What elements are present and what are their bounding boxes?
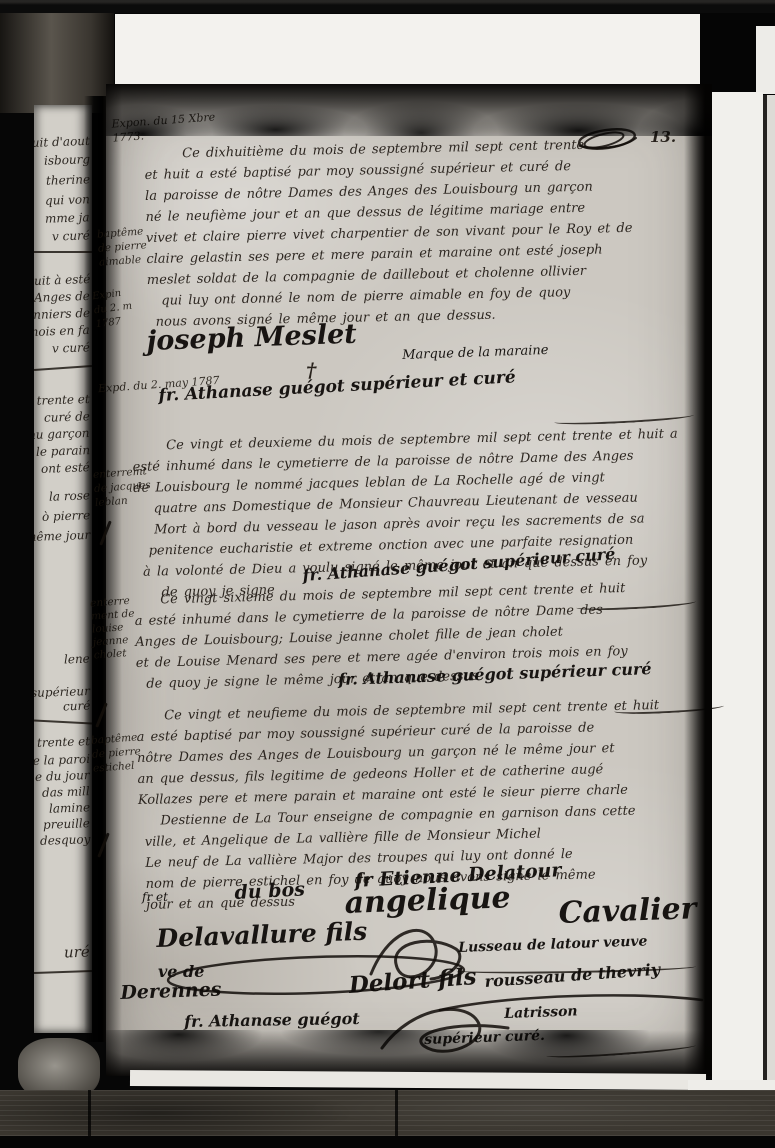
facing-fragment: e du jour xyxy=(35,768,90,784)
godmother-mark-label: Marque de la maraine xyxy=(402,343,549,363)
margin-note-bapteme: baptême de pierre aimable xyxy=(97,224,149,269)
facing-fragment: uit à esté xyxy=(34,272,90,288)
page-burn-top xyxy=(106,84,712,136)
facing-fragment: desquoy xyxy=(39,832,90,848)
facing-fragment: huit d'aout xyxy=(34,134,90,150)
signature-derennes: Derennes xyxy=(120,978,222,1004)
record-baptism-pierre-aimable: Ce dixhuitième du mois de septembre mil … xyxy=(144,134,634,333)
signature-delavallure-fils: Delavallure fils xyxy=(156,917,368,953)
page-burn-right xyxy=(684,84,712,1076)
signature-dubos: du bos xyxy=(234,878,305,904)
table-surface xyxy=(0,1090,775,1137)
facing-fragment: mois en fa xyxy=(34,323,90,339)
facing-fragment: t trente et xyxy=(34,392,90,408)
film-top-bar xyxy=(0,0,775,13)
table-seam xyxy=(88,1090,91,1137)
facing-fragment: ò pierre xyxy=(42,508,91,524)
signature-cavalier: Cavalier xyxy=(558,891,697,931)
page-burn-left xyxy=(106,84,122,1076)
backing-sheet-top xyxy=(115,14,703,94)
page-burn-bottom xyxy=(106,1030,712,1076)
backing-sliver-right xyxy=(767,95,775,1097)
signature-latrisson: Latrisson xyxy=(504,1003,578,1022)
signature-initials: fr et xyxy=(142,890,168,904)
backing-sliver-top-right xyxy=(756,26,775,94)
facing-fragment: nu garçon xyxy=(34,426,90,442)
facing-fragment: même jour xyxy=(34,528,90,544)
facing-fragment: de la paroi xyxy=(34,752,90,768)
film-bottom-bar xyxy=(0,1136,775,1148)
facing-fragment: das mill xyxy=(42,784,90,800)
facing-fragment: onniers de xyxy=(34,306,90,322)
signature-athanase-guegot-1: fr. Athanase guégot supérieur et curé xyxy=(158,367,516,406)
signature-ve-de: ve de xyxy=(158,962,204,981)
facing-fragment: trente et xyxy=(37,734,91,750)
backing-sheet-right xyxy=(712,92,763,1106)
backing-strip-bottom xyxy=(130,1070,706,1090)
signature-athanase-guegot-4: fr. Athanase guégot xyxy=(184,1009,360,1031)
register-page: Expon. du 15 Xbre 1773. 13. Ce dixhuitiè… xyxy=(106,84,712,1076)
signature-joseph-meslet: joseph Meslet xyxy=(146,319,357,357)
margin-note-enterrement-leblan: enterremt de jacques leblan xyxy=(93,464,153,510)
facing-fragment: supérieur xyxy=(34,684,90,700)
facing-fragment: le parain xyxy=(36,443,91,459)
facing-fragment: ont esté xyxy=(41,460,90,476)
table-seam xyxy=(395,1090,398,1137)
signature-lusseau-delatour-veuve: Lusseau de latour veuve xyxy=(458,933,648,956)
microfilm-scan: huit d'aout isbourg therine qui von mme … xyxy=(0,0,775,1148)
facing-fragment: s Anges de xyxy=(34,289,90,305)
